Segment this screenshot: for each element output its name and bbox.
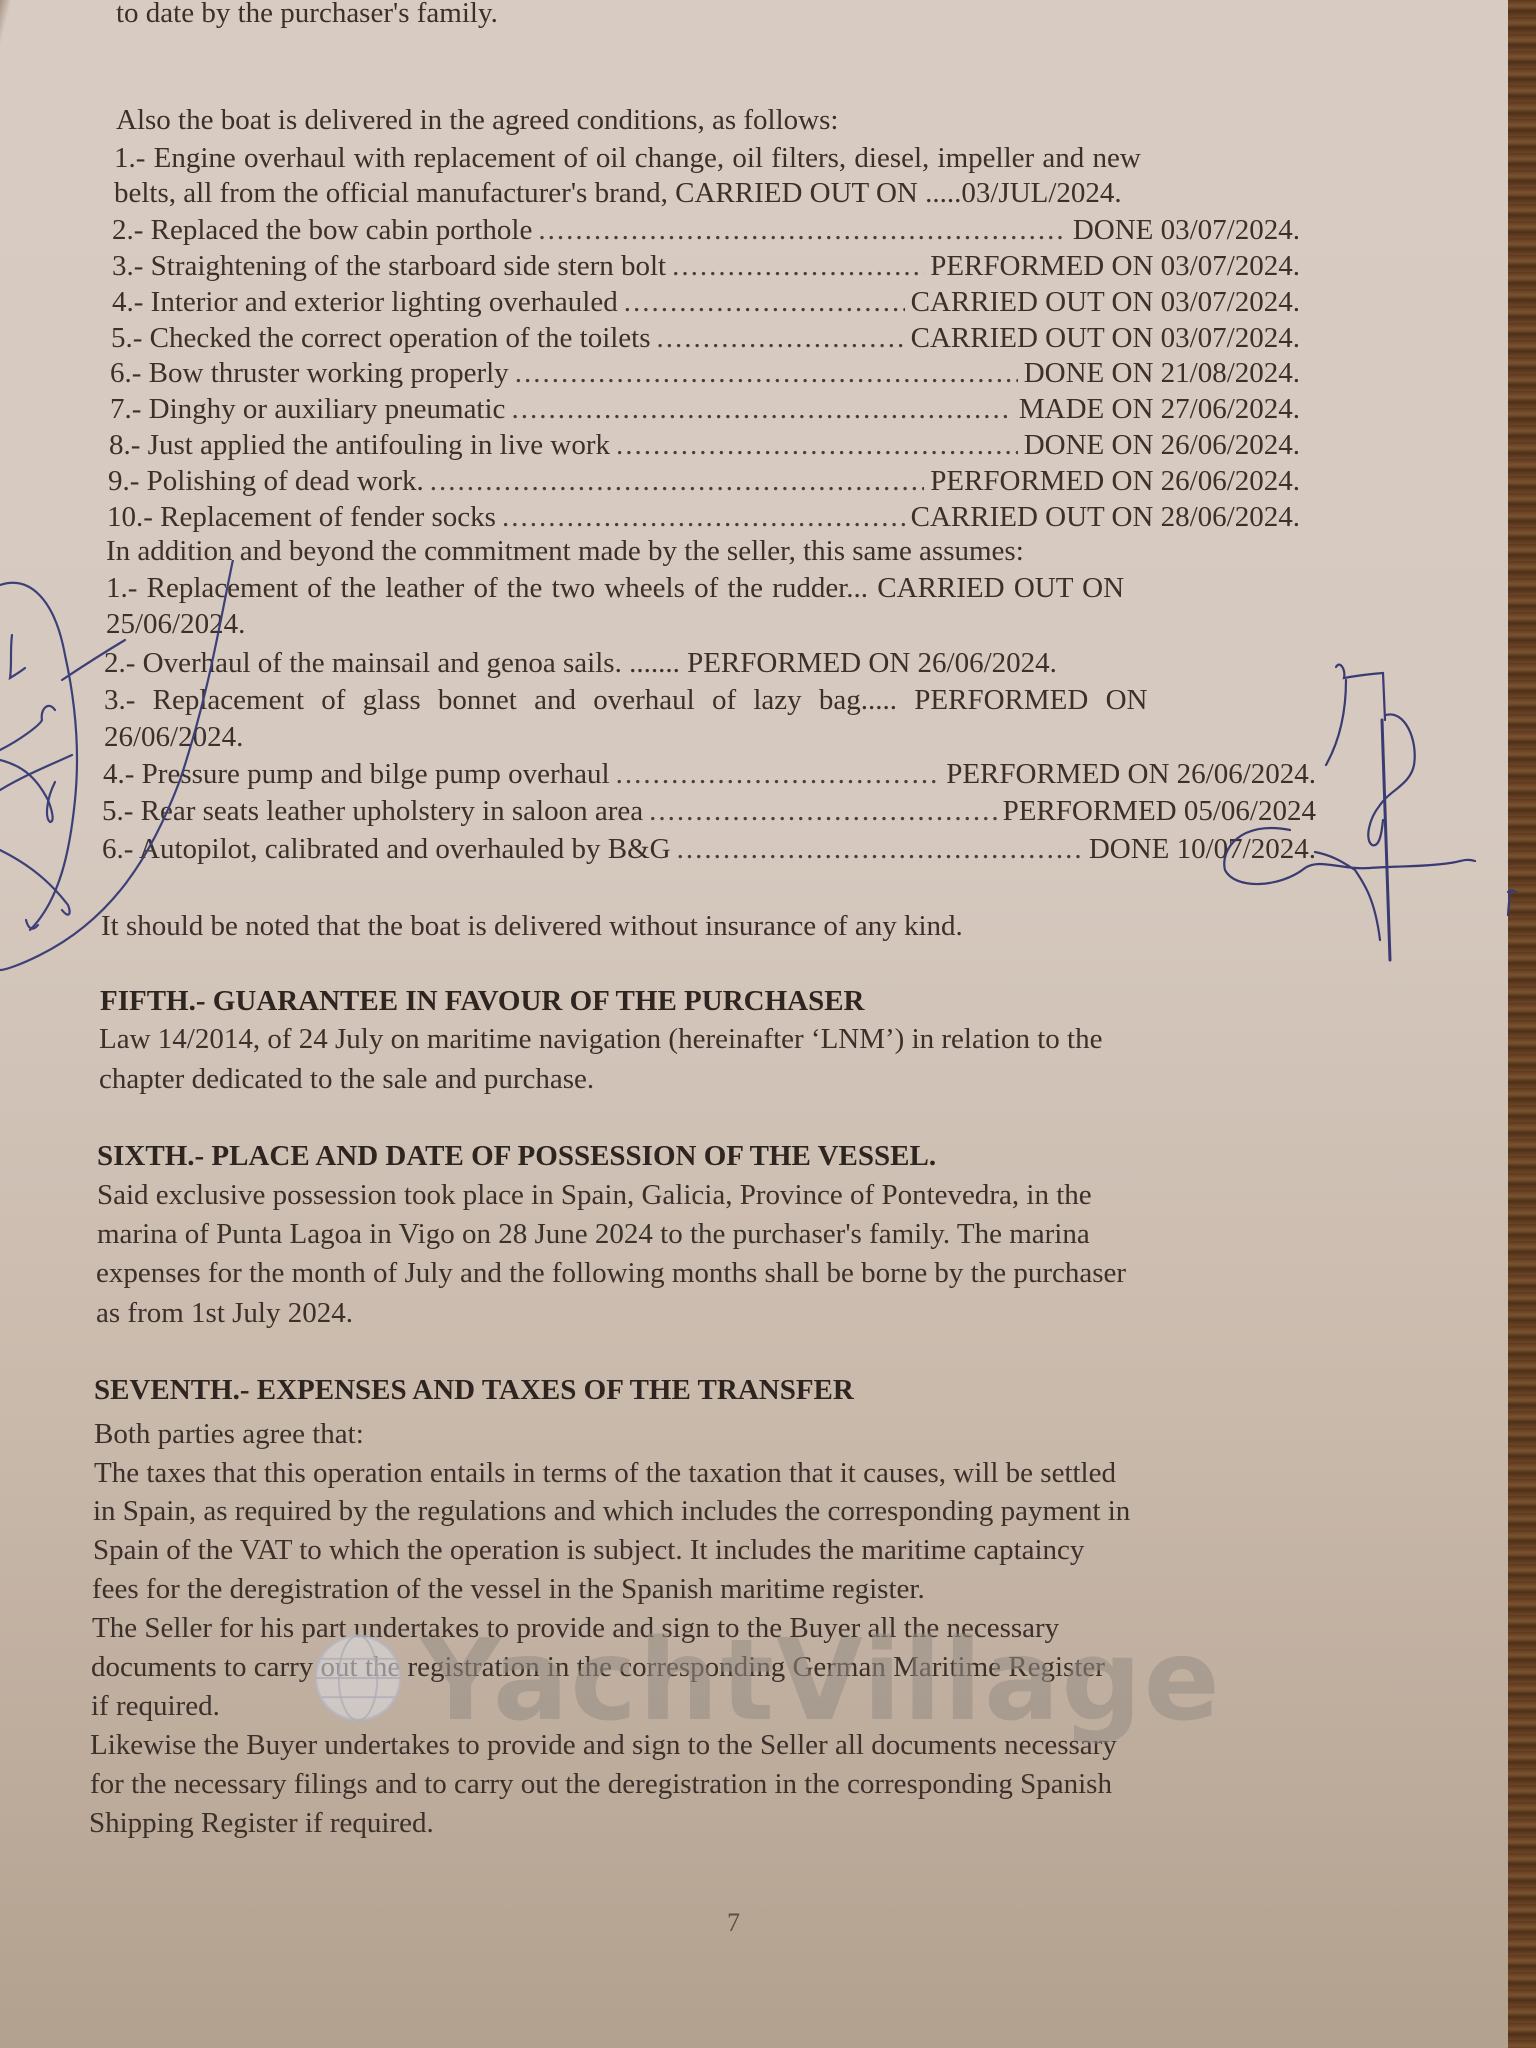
section-seventh-line: Likewise the Buyer undertakes to provide… — [90, 1728, 1117, 1762]
condition-item-status: CARRIED OUT ON 28/06/2024. — [911, 500, 1300, 534]
condition-item-label: 9.- Polishing of dead work. — [108, 464, 424, 498]
page-number: 7 — [727, 1908, 740, 1938]
insurance-note: It should be noted that the boat is deli… — [101, 909, 963, 943]
section-seventh-line: documents to carry out the registration … — [91, 1650, 1105, 1684]
section-sixth-heading: SIXTH.- PLACE AND DATE OF POSSESSION OF … — [97, 1139, 936, 1173]
leader-dots — [624, 285, 905, 319]
additional-item-2-status: PERFORMED ON 26/06/2024. — [687, 647, 1057, 679]
section-sixth-line: marina of Punta Lagoa in Vigo on 28 June… — [97, 1217, 1090, 1251]
condition-item-1-line1: 1.- Engine overhaul with replacement of … — [114, 141, 1141, 175]
leader-dots — [672, 249, 924, 283]
condition-item-status: DONE ON 21/08/2024. — [1024, 356, 1300, 390]
section-seventh-line: The Seller for his part undertakes to pr… — [92, 1611, 1059, 1645]
condition-item-status: DONE ON 26/06/2024. — [1024, 428, 1300, 462]
additional-item-3-line1: 3.- Replacement of glass bonnet and over… — [104, 683, 1147, 717]
additional-item-status: DONE 10/07/2024. — [1089, 832, 1316, 866]
condition-item-4: 6.- Bow thruster working properlyDONE ON… — [110, 356, 1300, 390]
condition-item-label: 6.- Bow thruster working properly — [110, 356, 509, 390]
additional-item-2-label: 2.- Overhaul of the mainsail and genoa s… — [104, 647, 680, 679]
intro-tail: to date by the purchaser's family. — [116, 0, 498, 30]
section-seventh-line: for the necessary filings and to carry o… — [90, 1767, 1112, 1801]
leader-dots — [616, 428, 1018, 462]
condition-item-0: 2.- Replaced the bow cabin portholeDONE … — [112, 213, 1300, 247]
leader-dots — [430, 464, 924, 498]
condition-item-status: PERFORMED ON 26/06/2024. — [930, 464, 1300, 498]
leader-dots — [538, 213, 1066, 247]
leader-dots — [616, 757, 941, 791]
leader-dots — [502, 500, 905, 534]
table-edge — [1508, 0, 1536, 2048]
section-seventh-line: Shipping Register if required. — [89, 1806, 434, 1840]
additional-item-2: 2.- Overhaul of the mainsail and genoa s… — [104, 646, 1057, 680]
leader-dots — [511, 392, 1012, 426]
section-fifth-heading: FIFTH.- GUARANTEE IN FAVOUR OF THE PURCH… — [100, 984, 865, 1018]
additional-item-label: 4.- Pressure pump and bilge pump overhau… — [103, 757, 610, 791]
section-seventh-line: fees for the deregistration of the vesse… — [92, 1572, 925, 1606]
leader-dots — [657, 321, 905, 355]
condition-item-status: CARRIED OUT ON 03/07/2024. — [911, 321, 1300, 355]
condition-item-6: 8.- Just applied the antifouling in live… — [109, 428, 1300, 462]
condition-item-label: 10.- Replacement of fender socks — [107, 500, 496, 534]
condition-item-label: 4.- Interior and exterior lighting overh… — [112, 285, 618, 319]
contract-page: to date by the purchaser's family. Also … — [0, 0, 1512, 2048]
condition-item-status: DONE 03/07/2024. — [1073, 213, 1300, 247]
condition-item-label: 8.- Just applied the antifouling in live… — [109, 428, 610, 462]
condition-item-1: 3.- Straightening of the starboard side … — [112, 249, 1300, 283]
leader-dots — [677, 832, 1083, 866]
conditions-intro: Also the boat is delivered in the agreed… — [116, 103, 838, 137]
section-seventh-heading: SEVENTH.- EXPENSES AND TAXES OF THE TRAN… — [94, 1373, 854, 1407]
condition-item-label: 2.- Replaced the bow cabin porthole — [112, 213, 532, 247]
additional-item-0: 4.- Pressure pump and bilge pump overhau… — [103, 757, 1316, 791]
condition-item-label: 3.- Straightening of the starboard side … — [112, 249, 666, 283]
condition-item-status: MADE ON 27/06/2024. — [1019, 392, 1300, 426]
section-seventh-line: Both parties agree that: — [94, 1417, 364, 1451]
section-fifth-line: Law 14/2014, of 24 July on maritime navi… — [99, 1022, 1102, 1056]
condition-item-1-line2: belts, all from the official manufacture… — [114, 176, 1122, 210]
section-seventh-line: The taxes that this operation entails in… — [94, 1456, 1116, 1490]
additional-item-2: 6.- Autopilot, calibrated and overhauled… — [102, 832, 1316, 866]
additional-item-label: 5.- Rear seats leather upholstery in sal… — [102, 794, 643, 828]
section-sixth-line: Said exclusive possession took place in … — [97, 1178, 1092, 1212]
additional-item-3-line2: 26/06/2024. — [104, 720, 243, 754]
section-fifth-line: chapter dedicated to the sale and purcha… — [99, 1062, 594, 1096]
additional-item-label: 6.- Autopilot, calibrated and overhauled… — [102, 832, 671, 866]
additional-item-1-line2: 25/06/2024. — [106, 607, 245, 641]
section-seventh-line: if required. — [91, 1689, 220, 1723]
leader-dots — [515, 356, 1018, 390]
additional-item-1: 5.- Rear seats leather upholstery in sal… — [102, 794, 1316, 828]
condition-item-status: PERFORMED ON 03/07/2024. — [930, 249, 1300, 283]
section-sixth-line: as from 1st July 2024. — [96, 1296, 353, 1330]
condition-item-status: CARRIED OUT ON 03/07/2024. — [911, 285, 1300, 319]
condition-item-8: 10.- Replacement of fender socksCARRIED … — [107, 500, 1300, 534]
section-sixth-line: expenses for the month of July and the f… — [96, 1256, 1126, 1290]
condition-item-3: 5.- Checked the correct operation of the… — [111, 321, 1300, 355]
additional-item-status: PERFORMED ON 26/06/2024. — [946, 757, 1316, 791]
additional-item-1-line1: 1.- Replacement of the leather of the tw… — [106, 571, 1124, 605]
condition-item-label: 7.- Dinghy or auxiliary pneumatic — [110, 392, 505, 426]
section-seventh-line: in Spain, as required by the regulations… — [93, 1494, 1130, 1528]
section-seventh-line: Spain of the VAT to which the operation … — [93, 1533, 1084, 1567]
condition-item-label: 5.- Checked the correct operation of the… — [111, 321, 651, 355]
condition-item-7: 9.- Polishing of dead work.PERFORMED ON … — [108, 464, 1300, 498]
leader-dots — [649, 794, 996, 828]
additional-intro: In addition and beyond the commitment ma… — [106, 534, 1024, 568]
condition-item-5: 7.- Dinghy or auxiliary pneumaticMADE ON… — [110, 392, 1300, 426]
additional-item-status: PERFORMED 05/06/2024 — [1003, 794, 1316, 828]
condition-item-2: 4.- Interior and exterior lighting overh… — [112, 285, 1300, 319]
